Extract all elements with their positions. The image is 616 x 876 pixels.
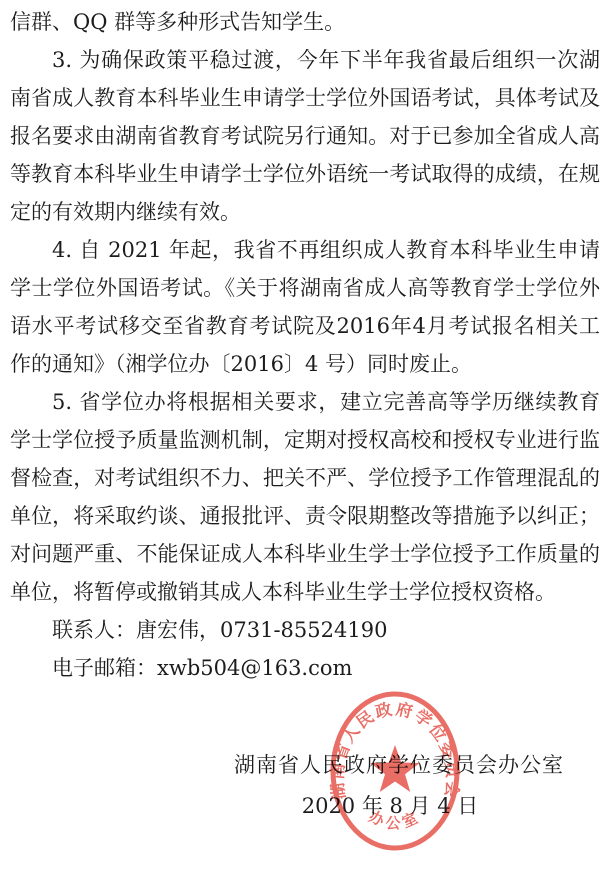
- paragraph-continuation: 信群、QQ 群等多种形式告知学生。: [10, 3, 600, 41]
- signature-organization: 湖南省人民政府学位委员会办公室: [234, 749, 564, 779]
- document-body: 信群、QQ 群等多种形式告知学生。 3. 为确保政策平稳过渡，今年下半年我省最后…: [0, 0, 616, 687]
- paragraph-item-5: 5. 省学位办将根据相关要求，建立完善高等学历继续教育学士学位授予质量监测机制，…: [10, 383, 600, 611]
- paragraph-item-3: 3. 为确保政策平稳过渡，今年下半年我省最后组织一次湖南省成人教育本科毕业生申请…: [10, 41, 600, 231]
- contact-person-line: 联系人：唐宏伟，0731-85524190: [10, 611, 600, 649]
- signature-date: 2020 年 8 月 4 日: [302, 790, 479, 820]
- contact-email-line: 电子邮箱：xwb504@163.com: [10, 649, 600, 687]
- closing-block: 湖南省人民政府学位委员会办公室 2020 年 8 月 4 日 湖南省人民政府学位…: [0, 687, 616, 876]
- document-page: 信群、QQ 群等多种形式告知学生。 3. 为确保政策平稳过渡，今年下半年我省最后…: [0, 0, 616, 876]
- paragraph-item-4: 4. 自 2021 年起，我省不再组织成人教育本科毕业生申请学士学位外国语考试。…: [10, 231, 600, 383]
